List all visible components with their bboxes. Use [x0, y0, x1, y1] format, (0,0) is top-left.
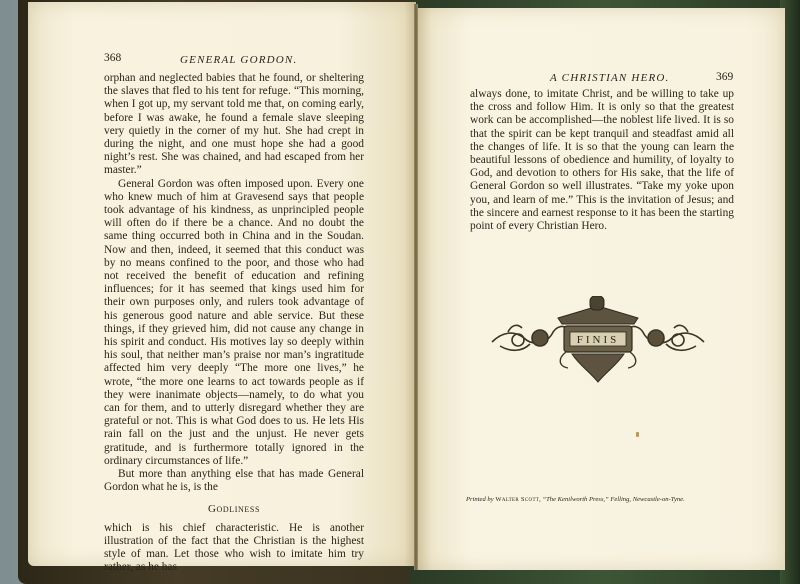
paragraph: which is his chief characteristic. He is…: [104, 522, 364, 575]
paragraph: General Gordon was often imposed upon. E…: [104, 178, 364, 468]
finis-ornament: FINIS: [488, 296, 708, 388]
paragraph: always done, to imitate Christ, and be w…: [470, 88, 734, 233]
section-heading: Godliness: [104, 503, 364, 516]
decorative-scroll-icon: FINIS: [488, 296, 708, 388]
paper-stain: [636, 432, 639, 437]
left-page-number: 368: [104, 52, 121, 64]
printer-prefix: Printed by: [466, 496, 494, 503]
finis-text: FINIS: [577, 334, 620, 346]
printer-press: , “The Kenilworth Press,” Felling, Newca…: [539, 496, 685, 503]
right-page-number: 369: [716, 71, 733, 83]
book-gutter: [414, 4, 418, 570]
printer-name: Walter Scott: [495, 496, 539, 503]
left-running-head: GENERAL GORDON.: [180, 54, 297, 66]
paragraph: orphan and neglected babies that he foun…: [104, 72, 364, 178]
left-page-body: orphan and neglected babies that he foun…: [104, 72, 364, 575]
right-running-head: A CHRISTIAN HERO.: [550, 72, 670, 84]
paragraph: But more than anything else that has mad…: [104, 468, 364, 494]
printer-colophon: Printed by Walter Scott, “The Kenilworth…: [466, 496, 736, 503]
right-page-body: always done, to imitate Christ, and be w…: [470, 88, 734, 233]
